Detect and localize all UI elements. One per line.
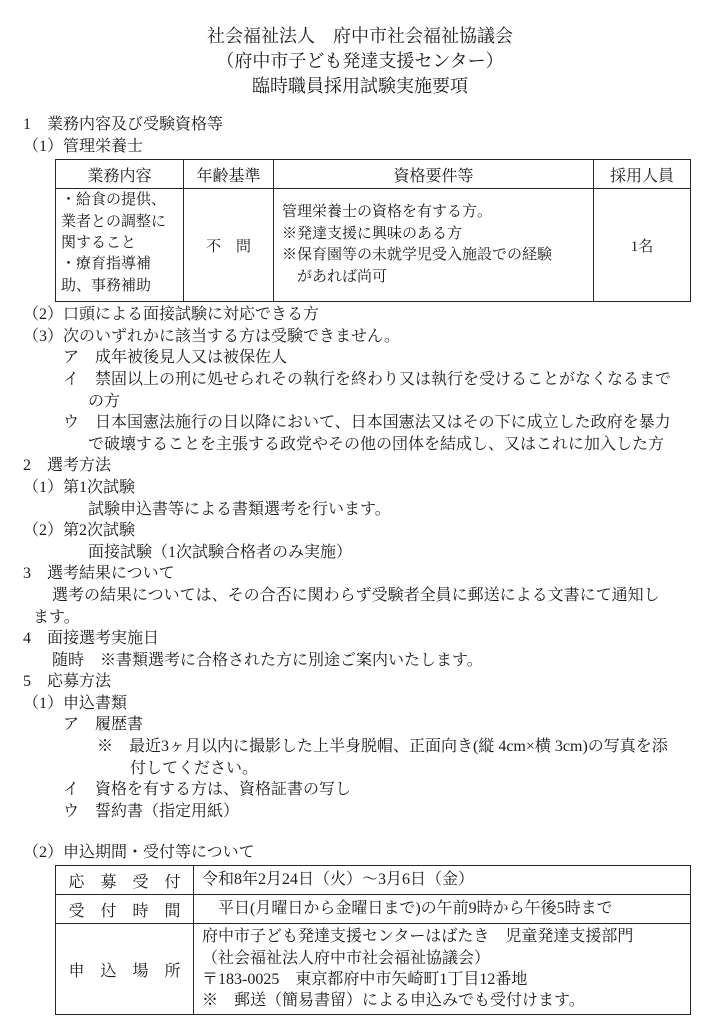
application-label-reception-hours: 受 付 時 間 xyxy=(56,895,194,924)
section-1-item-a: ア 成年被後見人又は被保佐人 xyxy=(63,347,697,369)
application-value-reception-hours: 平日(月曜日から金曜日まで)の午前9時から午後5時まで xyxy=(194,895,691,924)
qual-header-age: 年齢基準 xyxy=(184,160,274,189)
application-row-reception-hours: 受 付 時 間 平日(月曜日から金曜日まで)の午前9時から午後5時まで xyxy=(56,895,691,924)
qual-cell-age: 不 問 xyxy=(184,189,274,302)
section-5-photo-note-line-1: ※ 最近3ヶ月以内に撮影した上半身脱帽、正面向き(縦 4cm×横 3cm)の写真… xyxy=(97,736,697,758)
section-5-item-u: ウ 誓約書（指定用紙） xyxy=(63,801,697,823)
qualification-table: 業務内容 年齢基準 資格要件等 採用人員 ・給食の提供、業者との調整に関すること… xyxy=(55,159,691,302)
section-2-sub-2-body: 面接試験（1次試験合格者のみ実施） xyxy=(88,542,697,564)
section-1-item-i-line-2: の方 xyxy=(88,391,697,413)
application-label-application-place: 申 込 場 所 xyxy=(56,924,194,1015)
section-1-sub-2: （2）口頭による面接試験に対応できる方 xyxy=(23,304,697,326)
qual-cell-openings: 1名 xyxy=(594,189,691,302)
application-label-reception-period: 応 募 受 付 xyxy=(56,866,194,895)
section-2-sub-1: （1）第1次試験 xyxy=(23,477,697,499)
section-2-sub-1-body: 試験申込書等による書類選考を行います。 xyxy=(88,499,697,521)
application-row-reception-period: 応 募 受 付 令和8年2月24日（火）～3月6日（金） xyxy=(56,866,691,895)
blank-line xyxy=(23,822,697,842)
section-5-photo-note-line-2: 付してください。 xyxy=(130,758,697,780)
section-1-sub-1: （1）管理栄養士 xyxy=(23,136,697,158)
qualification-table-header-row: 業務内容 年齢基準 資格要件等 採用人員 xyxy=(56,160,691,189)
section-1-item-u-line-2: で破壊することを主張する政党やその他の団体を結成し、又はこれに加入した方 xyxy=(88,434,697,456)
section-5-sub-2: （2）申込期間・受付等について xyxy=(23,842,697,864)
application-value-application-place: 府中市子ども発達支援センターはばたき 児童発達支援部門 （社会福祉法人府中市社会… xyxy=(194,924,691,1015)
section-1-heading: 1 業務内容及び受験資格等 xyxy=(23,114,697,136)
section-4-body: 随時 ※書類選考に合格された方に別途ご案内いたします。 xyxy=(52,650,697,672)
document-title: 臨時職員採用試験実施要項 xyxy=(23,74,697,99)
application-table: 応 募 受 付 令和8年2月24日（火）～3月6日（金） 受 付 時 間 平日(… xyxy=(55,865,691,1015)
section-4-heading: 4 面接選考実施日 xyxy=(23,628,697,650)
section-5-sub-1: （1）申込書類 xyxy=(23,693,697,715)
section-2-sub-2: （2）第2次試験 xyxy=(23,520,697,542)
org-name: 社会福祉法人 府中市社会福祉協議会 xyxy=(23,24,697,49)
section-3-body-line-2: ます。 xyxy=(33,607,697,629)
qualification-table-row: ・給食の提供、業者との調整に関すること ・療育指導補助、事務補助 不 問 管理栄… xyxy=(56,189,691,302)
document-page: 社会福祉法人 府中市社会福祉協議会 （府中市子ども発達支援センター） 臨時職員採… xyxy=(0,0,715,1024)
section-5-heading: 5 応募方法 xyxy=(23,671,697,693)
qual-cell-requirements: 管理栄養士の資格を有する方。 ※発達支援に興味のある方 ※保育園等の未就学児受入… xyxy=(274,189,594,302)
qual-header-requirements: 資格要件等 xyxy=(274,160,594,189)
section-3-body-line-1: 選考の結果については、その合否に関わらず受験者全員に郵送による文書にて通知し xyxy=(52,585,697,607)
center-name: （府中市子ども発達支援センター） xyxy=(23,49,697,74)
section-5-item-i: イ 資格を有する方は、資格証書の写し xyxy=(63,779,697,801)
qual-cell-duties: ・給食の提供、業者との調整に関すること ・療育指導補助、事務補助 xyxy=(56,189,184,302)
document-title-block: 社会福祉法人 府中市社会福祉協議会 （府中市子ども発達支援センター） 臨時職員採… xyxy=(23,24,697,99)
qual-header-openings: 採用人員 xyxy=(594,160,691,189)
application-value-reception-period: 令和8年2月24日（火）～3月6日（金） xyxy=(194,866,691,895)
section-1-item-u-line-1: ウ 日本国憲法施行の日以降において、日本国憲法又はその下に成立した政府を暴力 xyxy=(63,412,697,434)
section-1-sub-3: （3）次のいずれかに該当する方は受験できません。 xyxy=(23,326,697,348)
qual-header-duties: 業務内容 xyxy=(56,160,184,189)
section-1-item-i-line-1: イ 禁固以上の刑に処せられその執行を終わり又は執行を受けることがなくなるまで xyxy=(63,369,697,391)
application-row-application-place: 申 込 場 所 府中市子ども発達支援センターはばたき 児童発達支援部門 （社会福… xyxy=(56,924,691,1015)
section-3-heading: 3 選考結果について xyxy=(23,563,697,585)
document-body: 1 業務内容及び受験資格等 （1）管理栄養士 業務内容 年齢基準 資格要件等 採… xyxy=(23,114,697,1015)
section-5-item-a: ア 履歴書 xyxy=(63,714,697,736)
section-2-heading: 2 選考方法 xyxy=(23,455,697,477)
